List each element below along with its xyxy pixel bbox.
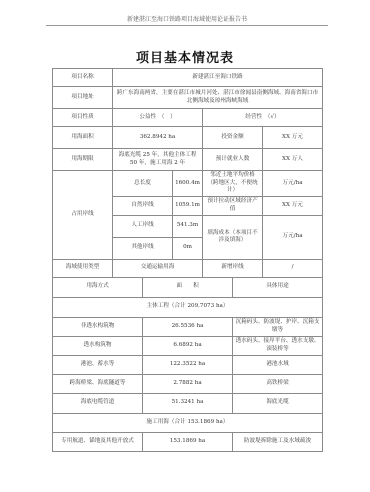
row-project-name: 项目名称 新建湛江至海口铁路: [53, 69, 323, 87]
label-new-shoreline: 新增岸线: [203, 259, 263, 277]
main-works-title: 主体工程（合计 209.7073 ha）: [53, 297, 323, 317]
shoreline-value: 541.3m: [173, 215, 203, 237]
shoreline-value: 1600.4m: [173, 171, 203, 197]
label-sea-period: 用海期限: [53, 149, 113, 171]
table-row: 港池、蓄水等 122.3522 ha 港池水域: [53, 355, 323, 374]
usage-area: 6.6892 ha: [143, 336, 233, 355]
metric-label: 预计拉动区域经济产值: [203, 196, 263, 215]
usage-purpose: 防波堤拆除施工及水域疏浚: [233, 432, 323, 451]
usage-area: 26.5536 ha: [143, 317, 233, 336]
usage-mode: 非透水构筑物: [53, 317, 143, 336]
shoreline-name: 总长度: [113, 171, 173, 197]
page-title: 项目基本情况表: [0, 47, 370, 66]
value-project-address: 跨广东海南两省，主要在湛江市城月河处、湛江市徐闻县南侧海域、海南省海口市北侧海域…: [113, 87, 323, 109]
value-nature-public: 公益性 （ ）: [113, 109, 203, 127]
label-usage-type: 海域使用类型: [53, 259, 113, 277]
usage-purpose: 透水码头、接岸平台、透水支墩、滚装桥等: [233, 336, 323, 355]
value-nature-commercial: 经营性 （√）: [203, 109, 323, 127]
label-jobs: 预计就业人数: [203, 149, 263, 171]
value-sea-area: 362.8942 ha: [113, 127, 203, 149]
table-row: 专用航道、锚地及其他开放式 153.1869 ha 防波堤拆除施工及水域疏浚: [53, 432, 323, 451]
usage-purpose: 沉箱码头、防波堤、护岸、沉箱支墩等: [233, 317, 323, 336]
usage-mode: 港池、蓄水等: [53, 355, 143, 374]
usage-area: 122.3522 ha: [143, 355, 233, 374]
row-usage-type: 海域使用类型 交通运输用海 新增岸线 /: [53, 259, 323, 277]
usage-area: 2.7882 ha: [143, 374, 233, 393]
header-specific-use: 具体用途: [233, 277, 323, 297]
project-info-table: 项目名称 新建湛江至海口铁路 项目地址 跨广东海南两省，主要在湛江市城月河处、湛…: [52, 68, 323, 452]
usage-header-row: 用海方式 面 积 具体用途: [53, 277, 323, 297]
section-construction: 施工用海（合计 153.1869 ha）: [53, 413, 323, 432]
table-row: 非透水构筑物 26.5536 ha 沉箱码头、防波堤、护岸、沉箱支墩等: [53, 317, 323, 336]
row-project-address: 项目地址 跨广东海南两省，主要在湛江市城月河处、湛江市徐闻县南侧海域、海南省海口…: [53, 87, 323, 109]
value-project-name: 新建湛江至海口铁路: [113, 69, 323, 87]
construction-title: 施工用海（合计 153.1869 ha）: [53, 413, 323, 432]
row-area: 用海面积 362.8942 ha 投资金额 XX 万元: [53, 127, 323, 149]
usage-mode: 跨海桥梁、海底隧道等: [53, 374, 143, 393]
usage-purpose: 海底光缆: [233, 393, 323, 413]
metric-value: 万元/ha: [263, 215, 323, 259]
shoreline-row: 占用岸线 总长度 1600.4m 邻近土地平均价格（跨地区大，不便统计） 万元/…: [53, 171, 323, 197]
usage-mode: 专用航道、锚地及其他开放式: [53, 432, 143, 451]
label-project-nature: 项目性质: [53, 109, 113, 127]
table-row: 透水构筑物 6.6892 ha 透水码头、接岸平台、透水支墩、滚装桥等: [53, 336, 323, 355]
metric-value: 万元/ha: [263, 171, 323, 197]
value-jobs: XX 万人: [263, 149, 323, 171]
value-investment: XX 万元: [263, 127, 323, 149]
usage-purpose: 高铁桥梁: [233, 374, 323, 393]
shoreline-value: 0m: [173, 237, 203, 259]
usage-area: 51.3241 ha: [143, 393, 233, 413]
running-header: 新建湛江至海口铁路项目海域使用论证报告书: [46, 14, 328, 23]
usage-mode: 海底电缆管道: [53, 393, 143, 413]
metric-value: XX 万元: [263, 196, 323, 215]
value-sea-period: 海底光缆 25 年，其他主体工程 50 年，施工用海 2 年: [113, 149, 203, 171]
label-shoreline: 占用岸线: [53, 171, 113, 260]
shoreline-name: 其他岸线: [113, 237, 173, 259]
row-period: 用海期限 海底光缆 25 年，其他主体工程 50 年，施工用海 2 年 预计就业…: [53, 149, 323, 171]
section-main-works: 主体工程（合计 209.7073 ha）: [53, 297, 323, 317]
metric-label: 邻近土地平均价格（跨地区大，不便统计）: [203, 171, 263, 197]
shoreline-name: 人工岸线: [113, 215, 173, 237]
label-investment: 投资金额: [203, 127, 263, 149]
usage-area: 153.1869 ha: [143, 432, 233, 451]
usage-purpose: 港池水域: [233, 355, 323, 374]
label-sea-area: 用海面积: [53, 127, 113, 149]
header-divider: [46, 25, 328, 26]
shoreline-name: 自然岸线: [113, 196, 173, 215]
shoreline-value: 1059.1m: [173, 196, 203, 215]
header-area: 面 积: [143, 277, 233, 297]
table-row: 跨海桥梁、海底隧道等 2.7882 ha 高铁桥梁: [53, 374, 323, 393]
row-project-nature: 项目性质 公益性 （ ） 经营性 （√）: [53, 109, 323, 127]
table-row: 海底电缆管道 51.3241 ha 海底光缆: [53, 393, 323, 413]
metric-label: 填海成本（本项目不涉及填海）: [203, 215, 263, 259]
label-project-address: 项目地址: [53, 87, 113, 109]
value-new-shoreline: /: [263, 259, 323, 277]
value-usage-type: 交通运输用海: [113, 259, 203, 277]
header-usage-mode: 用海方式: [53, 277, 143, 297]
usage-mode: 透水构筑物: [53, 336, 143, 355]
label-project-name: 项目名称: [53, 69, 113, 87]
